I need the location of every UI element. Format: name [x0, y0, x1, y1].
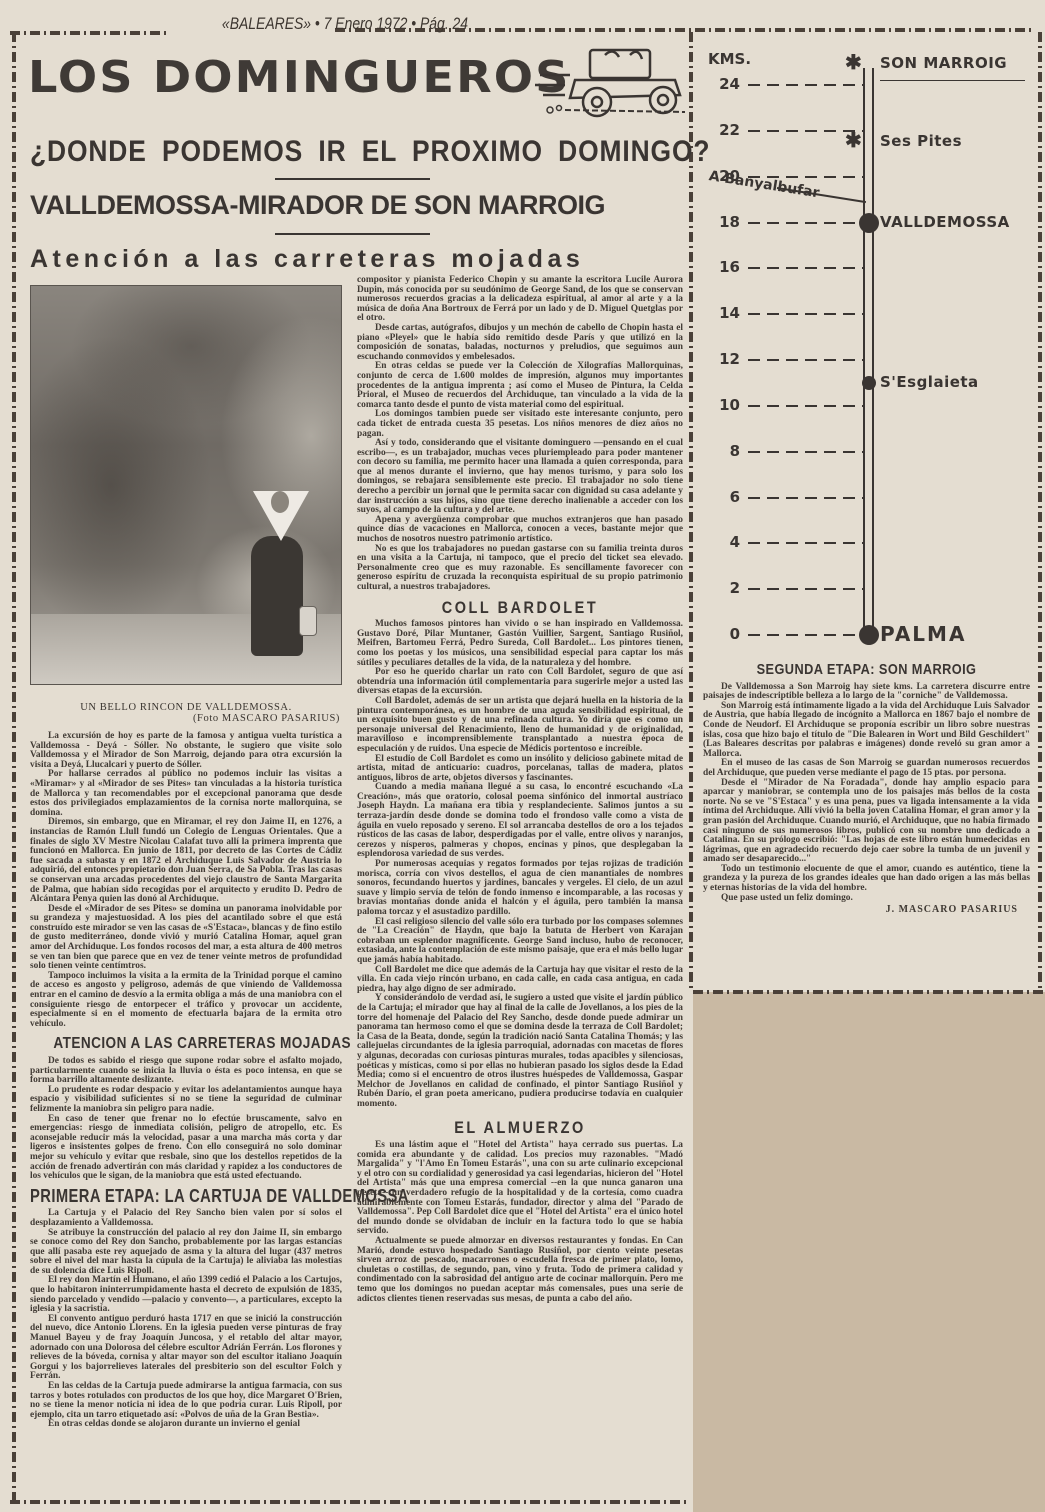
km-dashed-line [748, 634, 865, 636]
nun-face [271, 491, 289, 513]
paragraph: Lo prudente es rodar despacio y evitar l… [30, 1086, 342, 1115]
section-heading-wet-roads: ATENCION A LAS CARRETERAS MOJADAS [53, 1039, 318, 1049]
km-dashed-line [748, 497, 865, 499]
axis-label-kms: KMS. [708, 50, 751, 68]
border-bottom [10, 1500, 690, 1504]
branch-label-banyalbufar: A Banyalbufar [708, 168, 821, 201]
author-byline: J. MASCARO PASARIUS [703, 905, 1030, 915]
km-tick-label: 22 [710, 121, 740, 139]
paragraph: En otras celdas se puede ver la Colecció… [357, 362, 683, 410]
paragraph: El rey don Martín el Humano, el año 1399… [30, 1276, 342, 1314]
paragraph: De todos es sabido el riesgo que supone … [30, 1057, 342, 1086]
right-column: SEGUNDA ETAPA: SON MARROIG De Valldemoss… [703, 665, 1030, 915]
paragraph: Coll Bardolet me dice que además de la C… [357, 966, 683, 995]
valldemossa-photo [30, 285, 342, 685]
paragraph: Se atribuye la construcción del palacio … [30, 1229, 342, 1277]
paragraph: Diremos, sin embargo, que en Miramar, el… [30, 818, 342, 904]
background-board [693, 992, 1045, 1512]
paragraph: Por eso he querido charlar un rato con C… [357, 668, 683, 697]
nun-figure [251, 536, 303, 656]
km-dashed-line [748, 84, 865, 86]
paragraph: El estudio de Coll Bardolet es como un i… [357, 755, 683, 784]
paragraph: Es una lástim aque el "Hotel del Artista… [357, 1141, 683, 1237]
place-label: SON MARROIG [880, 54, 1007, 72]
main-headline: ¿DONDE PODEMOS IR EL PROXIMO DOMINGO? [30, 135, 602, 169]
paragraph: La excursión de hoy es parte de la famos… [30, 732, 342, 770]
km-dashed-line [748, 359, 865, 361]
km-dashed-line [748, 588, 865, 590]
km-tick-label: 10 [710, 396, 740, 414]
place-asterisk-icon: ✱ [845, 128, 862, 153]
km-tick-label: 8 [710, 442, 740, 460]
divider [275, 178, 430, 180]
km-tick-label: 12 [710, 350, 740, 368]
paragraph: Por hallarse cerrados al público no pode… [30, 770, 342, 818]
road-line [863, 68, 865, 638]
tagline: Atención a las carreteras mojadas [30, 245, 584, 274]
paragraph: Desde cartas, autógrafos, dibujos y un m… [357, 324, 683, 362]
road-line [872, 68, 874, 638]
paragraph: Apena y avergüenza comprobar que muchos … [357, 516, 683, 545]
paragraph: El convento antiguo perduró hasta 1717 e… [30, 1315, 342, 1382]
section-heading-lunch: EL ALMUERZO [381, 1123, 658, 1133]
paragraph: Todo un testimonio elocuente de que el a… [703, 865, 1030, 894]
route-diagram: KMS. 242220181614121086420 A Banyalbufar… [695, 40, 1045, 660]
place-label: S'Esglaieta [880, 373, 979, 391]
place-dot-icon [859, 625, 879, 645]
section-heading-coll-bardolet: COLL BARDOLET [381, 603, 658, 613]
paragraph: Muchos famosos pintores han vivido o se … [357, 620, 683, 668]
underline [880, 80, 1025, 81]
border-left [12, 32, 16, 1502]
place-label: Ses Pites [880, 132, 962, 150]
paragraph: No es que los trabajadores no puedan gas… [357, 545, 683, 593]
paragraph: Los domingos tambien puede ser visitado … [357, 410, 683, 439]
paragraph: Así y todo, considerando que el visitant… [357, 439, 683, 516]
km-tick-label: 4 [710, 533, 740, 551]
km-tick-label: 0 [710, 625, 740, 643]
place-dot-icon [859, 213, 879, 233]
place-label: PALMA [880, 622, 966, 646]
km-dashed-line [748, 267, 865, 269]
km-tick-label: 6 [710, 488, 740, 506]
paragraph: En caso de tener que frenar no lo efectú… [30, 1115, 342, 1182]
paragraph: Que pase usted un feliz domingo. [703, 894, 1030, 904]
km-tick-label: 24 [710, 75, 740, 93]
border-right-bottom [693, 990, 1043, 994]
paragraph: compositor y pianista Federico Chopin y … [357, 276, 683, 324]
km-dashed-line [748, 451, 865, 453]
paragraph: Tampoco incluimos la visita a la ermita … [30, 972, 342, 1030]
masthead: «BALEARES» • 7 Enero 1972 • Pág. 24 [206, 14, 485, 34]
place-label: VALLDEMOSSA [880, 213, 1010, 231]
caption-text: UN BELLO RINCON DE VALLDEMOSSA. [80, 702, 292, 713]
paragraph: Por numerosas acequias y regatos formado… [357, 860, 683, 918]
divider [275, 233, 430, 235]
paragraph: Desde el "Mirador de Na Foradada", donde… [703, 779, 1030, 865]
paragraph: En el museo de las casas de Son Marroig … [703, 759, 1030, 778]
km-dashed-line [748, 405, 865, 407]
photo-credit: (Foto MASCARO PASARIUS) [30, 713, 342, 724]
paragraph: De Valldemossa a Son Marroig hay siete k… [703, 683, 1030, 702]
car-illustration-icon [535, 40, 685, 120]
km-dashed-line [748, 313, 865, 315]
section-heading-second-stage: SEGUNDA ETAPA: SON MARROIG [728, 665, 1006, 675]
paragraph: En las celdas de la Cartuja puede admira… [30, 1382, 342, 1420]
paragraph: En otras celdas donde se alojaron durant… [30, 1420, 342, 1430]
water-jug [299, 606, 317, 636]
paragraph: Son Marroig está íntimamente ligado a la… [703, 702, 1030, 760]
left-column: La excursión de hoy es parte de la famos… [30, 732, 342, 1430]
paragraph: La Cartuja y el Palacio del Rey Sancho b… [30, 1209, 342, 1228]
km-dashed-line [748, 222, 865, 224]
paragraph: Desde el «Mirador de ses Pites» se domin… [30, 905, 342, 972]
place-dot-icon [862, 376, 876, 390]
paragraph: El casi religioso silencio del valle sól… [357, 918, 683, 966]
km-tick-label: 2 [710, 579, 740, 597]
photo-caption: UN BELLO RINCON DE VALLDEMOSSA. (Foto MA… [30, 702, 342, 724]
km-dashed-line [748, 542, 865, 544]
paragraph: Actualmente se puede almorzar en diverso… [357, 1237, 683, 1304]
paragraph: Y considerándolo de verdad así, le sugie… [357, 994, 683, 1109]
middle-column: compositor y pianista Federico Chopin y … [357, 276, 683, 1304]
km-tick-label: 18 [710, 213, 740, 231]
border-top-left [10, 31, 170, 35]
km-tick-label: 16 [710, 258, 740, 276]
section-heading-first-stage: PRIMERA ETAPA: LA CARTUJA DE VALLDEMOSSA [30, 1192, 286, 1202]
paragraph: Cuando a media mañana llegué a su casa, … [357, 783, 683, 860]
km-tick-label: 14 [710, 304, 740, 322]
section-logo: LOS DOMINGUEROS [28, 52, 571, 103]
place-asterisk-icon: ✱ [845, 50, 862, 75]
sub-headline: VALLDEMOSSA-MIRADOR DE SON MARROIG [30, 190, 680, 221]
paragraph: Coll Bardolet, además de ser un artista … [357, 697, 683, 755]
border-column-divider [689, 32, 693, 992]
